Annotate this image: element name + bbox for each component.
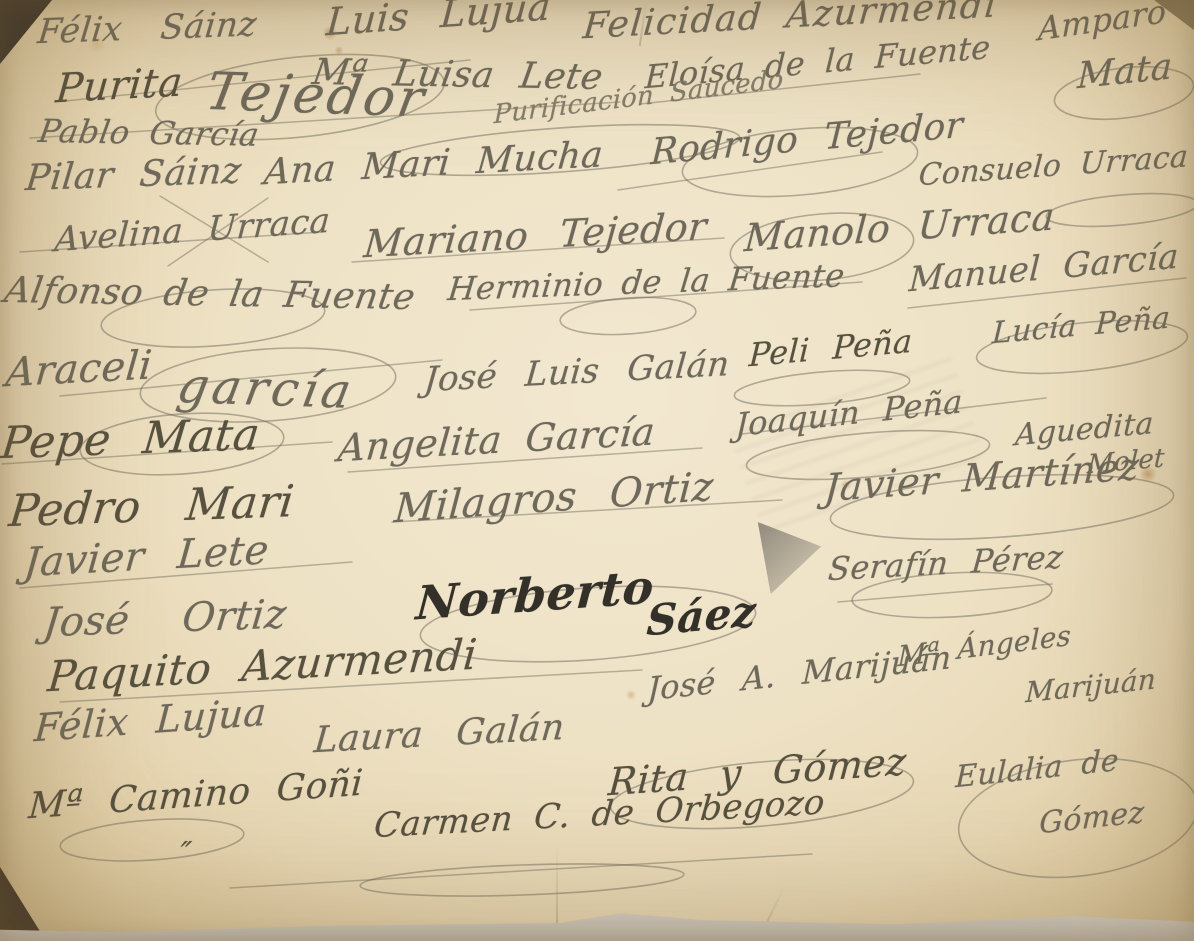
signature: Manuel García: [908, 236, 1180, 300]
signature: José Luis Galán: [422, 344, 731, 400]
signature: Eulalia de: [955, 743, 1120, 795]
signature: Javier Martínez: [823, 444, 1141, 510]
signature: Félix Sáinz: [36, 4, 259, 52]
signature: Carmen C. de Orbegozo: [372, 782, 826, 846]
signatures-layer: Félix SáinzLuis LujuaFelicidad Azurmendi…: [0, 0, 1194, 941]
signature: ″: [177, 836, 193, 871]
signature: Avelina Urraca: [53, 201, 331, 261]
signature: Milagros Ortiz: [393, 464, 715, 533]
signature: Alfonso de la Fuente: [2, 270, 419, 318]
signature: Serafín Pérez: [827, 538, 1065, 589]
signature: Lucía Peña: [991, 300, 1171, 351]
signature: Rodrigo Tejedor: [650, 105, 964, 174]
signature: Mariano Tejedor: [362, 204, 709, 266]
signature: Luis Lujua: [325, 0, 552, 44]
signature: Pilar Sáinz: [24, 150, 244, 199]
signature: Gómez: [1039, 795, 1145, 841]
signature: Mata: [1077, 46, 1174, 97]
signature: Marijuán: [1025, 662, 1157, 709]
signature: Amparo: [1038, 0, 1166, 48]
signature: Ana Mari Mucha: [262, 134, 604, 193]
signature: Mª Camino Goñi: [27, 763, 364, 828]
signature: Herminio de la Fuente: [446, 256, 847, 308]
signature: Araceli: [4, 342, 154, 396]
signature: Consuelo Urraca: [918, 139, 1190, 193]
signature: Angelita García: [336, 409, 657, 470]
signature: Laura Galán: [312, 707, 566, 761]
signature: José A. Marijuán: [647, 638, 952, 708]
signature: Norberto: [414, 559, 655, 630]
signature: Pepe Mata: [0, 409, 262, 469]
signature: José Ortiz: [41, 592, 289, 647]
signature: Sáez: [645, 586, 757, 645]
signature: Pablo García: [36, 112, 262, 154]
signature: Purita: [54, 59, 185, 112]
signature: Javier Lete: [22, 527, 271, 586]
signature-page-scan: Félix SáinzLuis LujuaFelicidad Azurmendi…: [0, 0, 1194, 941]
signature: Peli Peña: [748, 322, 913, 375]
signature: Joaquín Peña: [735, 382, 964, 444]
